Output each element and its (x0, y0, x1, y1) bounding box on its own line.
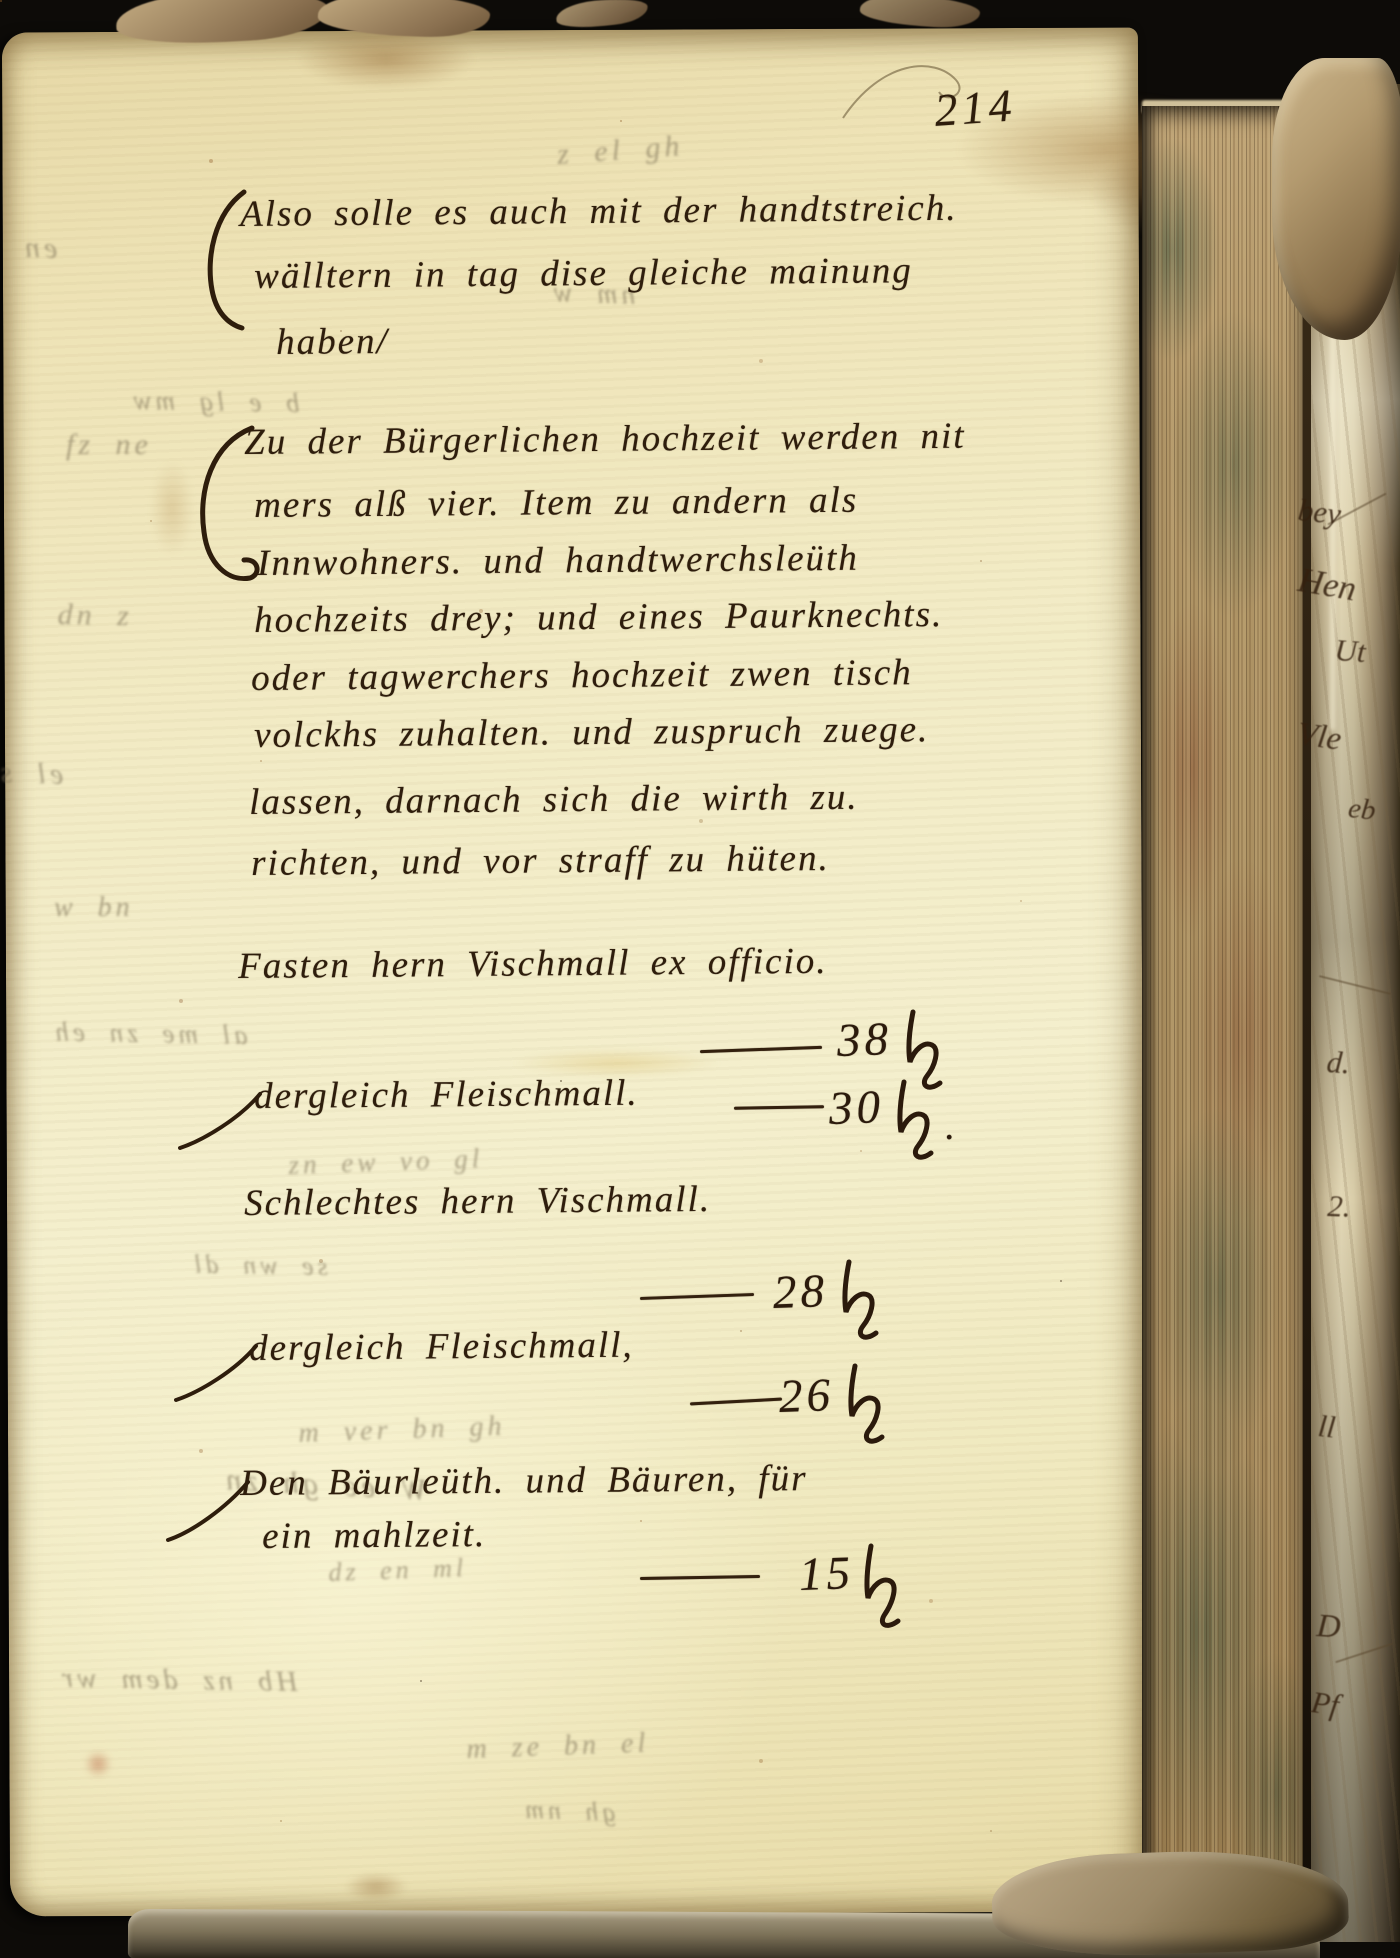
bleedthrough-text: fz ne (66, 428, 152, 462)
tariff-row-label: Schlechtes hern Vischmall. (244, 1181, 711, 1222)
tariff-amount: 38 (836, 1012, 893, 1068)
foxing-stain (344, 1872, 408, 1902)
crumpled-parchment-page (1311, 84, 1400, 1942)
tariff-row-label: dergleich Fleischmall, (249, 1327, 634, 1367)
manuscript-line: oder tagwerchers hochzeit zwen tisch (251, 654, 913, 697)
leading-flourish (178, 1090, 264, 1152)
bleedthrough-text: se wn dl (190, 1250, 328, 1282)
paper-scrap (555, 0, 649, 31)
tariff-amount: 26 (778, 1368, 835, 1424)
bleedthrough-text: dn z (57, 598, 133, 633)
tariff-row-label: Den Bäurleüth. und Bäuren, für (240, 1460, 808, 1502)
kreuzer-symbol (844, 1362, 890, 1452)
tariff-amount: 30 (828, 1080, 885, 1136)
tariff-row-label: dergleich Fleischmall. (254, 1075, 639, 1115)
manuscript-line: wälltern in tag dise gleiche mainung (254, 252, 913, 295)
manuscript-line: hochzeits drey; und eines Paurknechts. (254, 596, 943, 639)
bleedthrough-text: dz en ml (328, 1553, 468, 1588)
ink-stain (296, 28, 476, 90)
tariff-amount-period: . (944, 1102, 960, 1149)
bleedthrough-text: en m abn (0, 226, 58, 266)
edge-writing-fragment: 2. (1327, 1188, 1351, 1225)
leading-flourish (174, 1342, 260, 1404)
manuscript-line: richten, und vor straff zu hüten. (251, 840, 830, 882)
kreuzer-symbol (860, 1542, 906, 1636)
manuscript-line: haben/ (276, 323, 389, 361)
crumpled-corner-top-right (1272, 58, 1400, 340)
page-number: 214 (933, 82, 1017, 134)
bleedthrough-text: al me zn eh (51, 1017, 248, 1051)
book-fore-edge (1142, 106, 1308, 1900)
manuscript-line: volckhs zuhalten. und zuspruch zuege. (254, 711, 930, 754)
edge-writing-fragment: D (1315, 1608, 1341, 1647)
tariff-amount: 28 (772, 1264, 829, 1320)
tariff-row-label-line2: ein mahlzeit. (262, 1516, 486, 1555)
bleedthrough-text: el sw (0, 755, 64, 792)
edge-writing-fragment: Ut (1333, 632, 1366, 670)
edge-writing-fragment: eb (1347, 792, 1378, 828)
manuscript-line: Innwohners. und handtwerchsleüth (257, 540, 859, 582)
paper-speckles (0, 0, 2, 2)
edge-writing-fragment: d. (1325, 1044, 1351, 1082)
manuscript-photo: en m abn z el gh nm w fz ne b e lg mw dn… (0, 0, 1400, 1958)
manuscript-line: lassen, darnach sich die wirth zu. (249, 779, 859, 821)
edge-writing-fragment: Vle (1295, 716, 1344, 759)
red-stain (84, 1750, 112, 1778)
leading-flourish (166, 1478, 252, 1544)
manuscript-line: Zu der Bürgerlichen hochzeit werden nit (244, 418, 966, 461)
kreuzer-symbol (893, 1078, 939, 1168)
tariff-amount: 15 (798, 1546, 855, 1602)
kreuzer-symbol (838, 1258, 884, 1348)
bleedthrough-text: b e lg mw (129, 385, 300, 419)
bleedthrough-text: Hb nz dem wr (58, 1662, 298, 1699)
manuscript-line: mers alß vier. Item zu andern als (254, 482, 858, 524)
bleedthrough-text: w bn (54, 892, 134, 924)
edge-writing-fragment: bey (1296, 492, 1343, 532)
bleedthrough-text: gh nm (521, 1795, 616, 1828)
edge-writing-fragment: Pf (1309, 1684, 1341, 1723)
paper-scrap (859, 0, 981, 30)
manuscript-line: Also solle es auch mit der handtstreich. (240, 190, 958, 233)
bleedthrough-text: m ze bn el (466, 1728, 650, 1766)
foxing-stain (150, 460, 194, 556)
tariff-row-label: Fasten hern Vischmall ex officio. (238, 943, 828, 985)
